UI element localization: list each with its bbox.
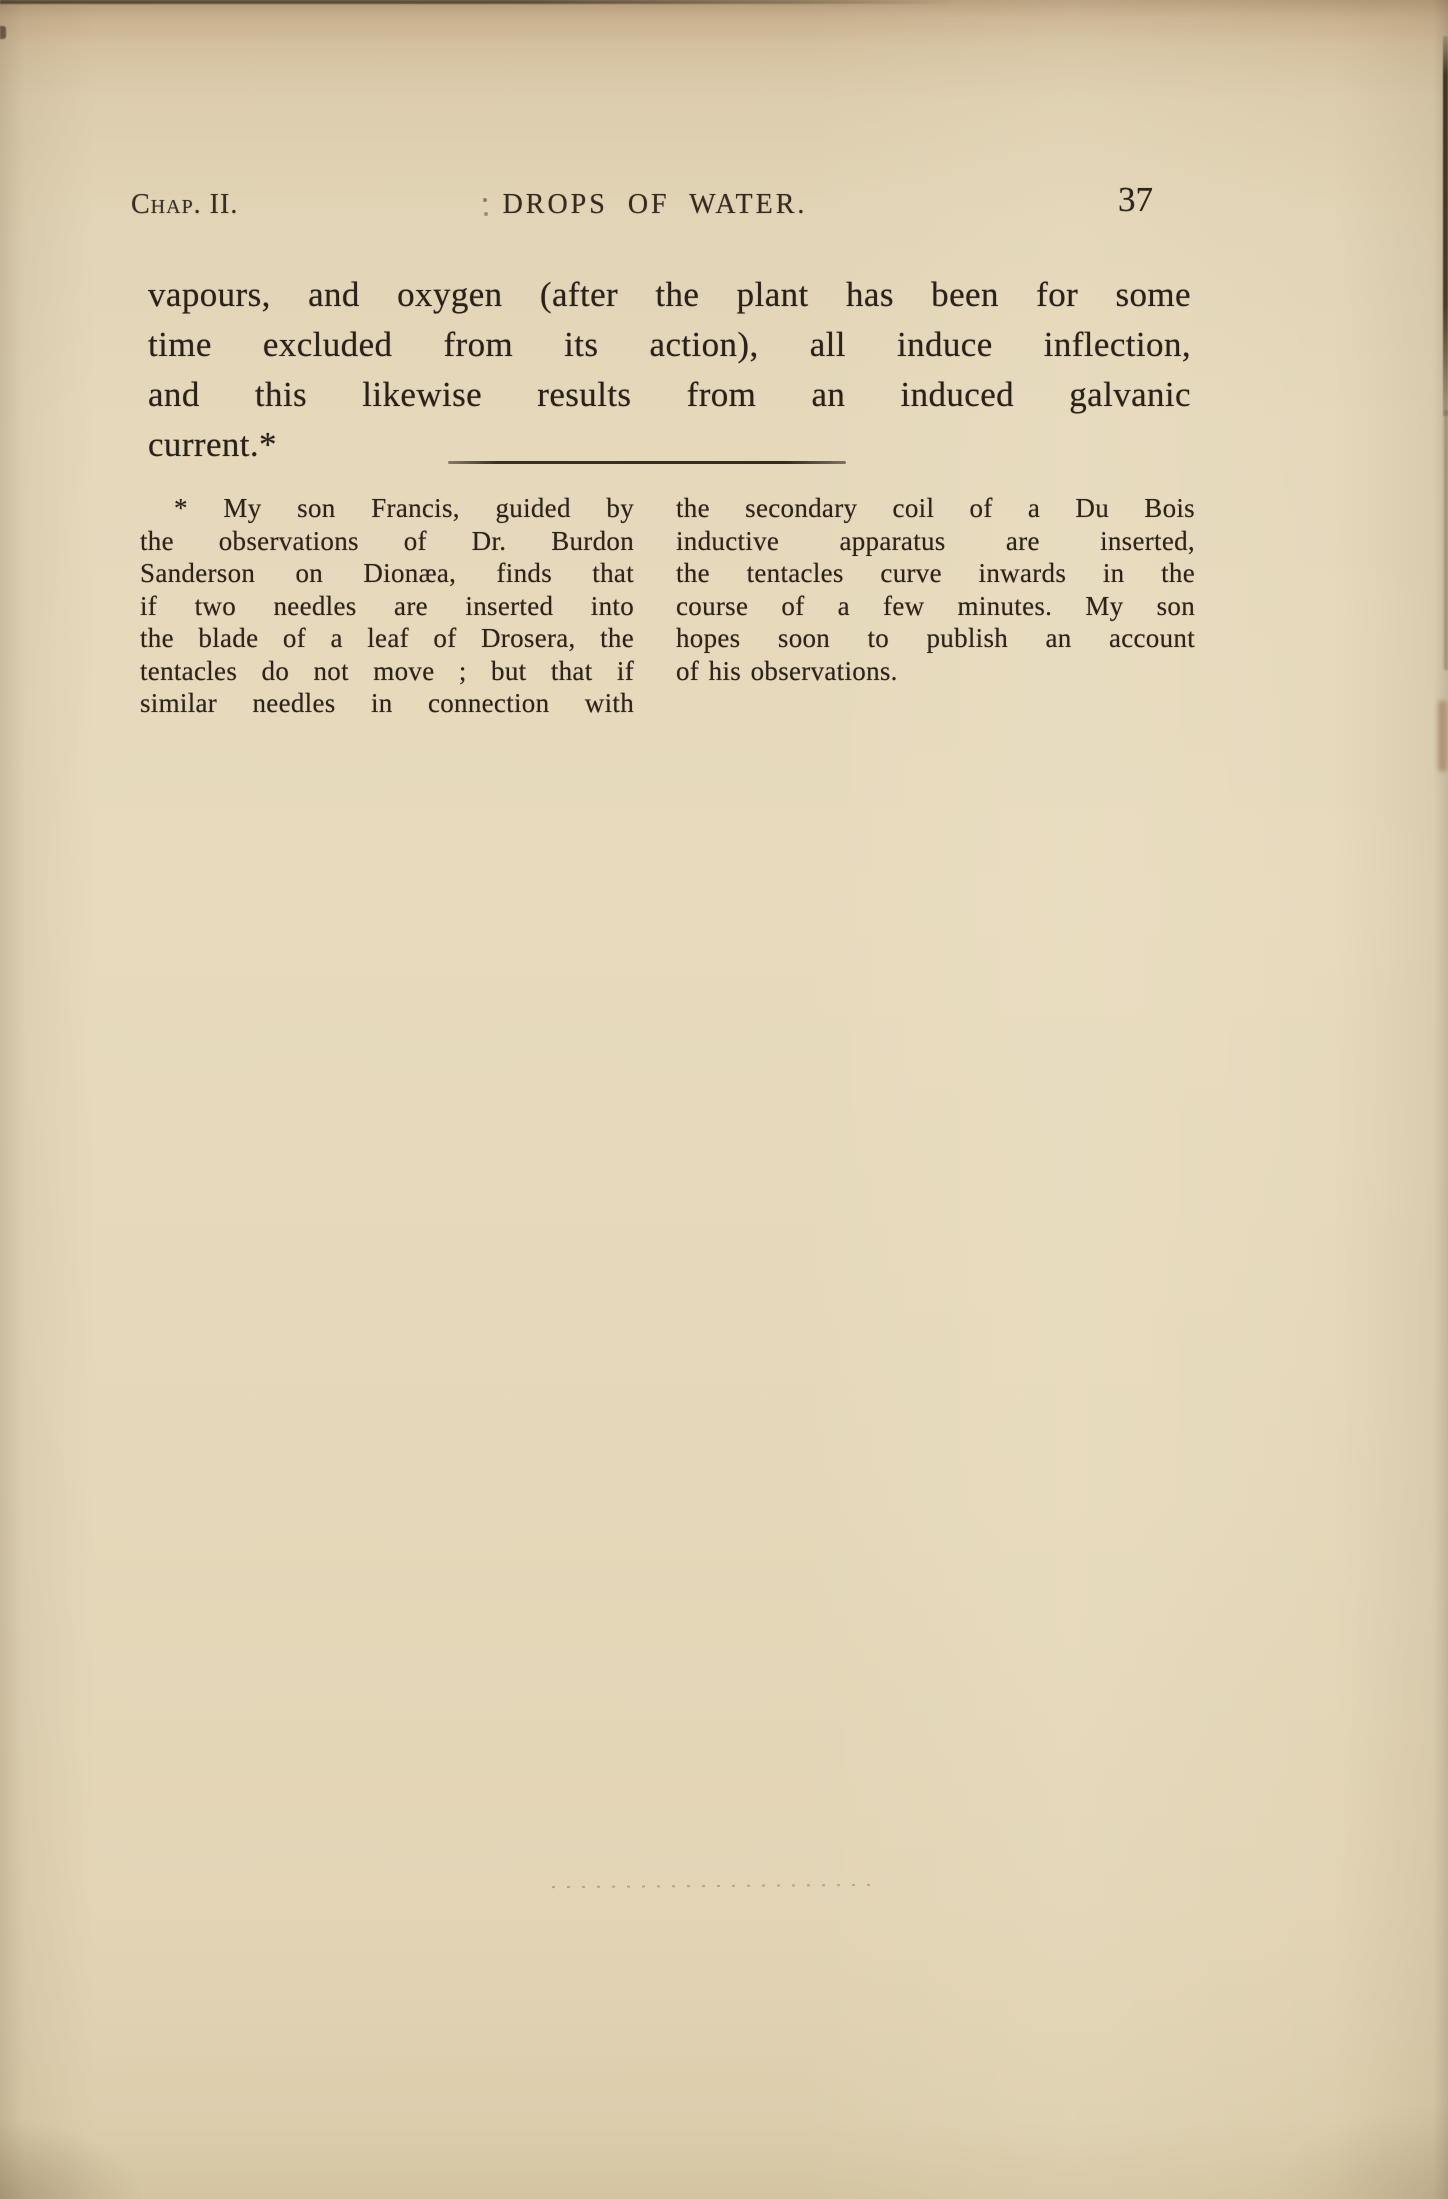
text-line: similar needles in connection with xyxy=(140,687,634,720)
page-number: 37 xyxy=(1118,180,1153,220)
text-line: inductive apparatus are inserted, xyxy=(676,525,1195,558)
running-title: DROPS OF WATER. xyxy=(0,189,1310,221)
footnote-left-column: * My son Francis, guided bythe observati… xyxy=(140,492,634,720)
text-line: and this likewise results from an induce… xyxy=(148,370,1191,420)
text-line: tentacles do not move ; but that if xyxy=(140,655,634,688)
footnote-right-column: the secondary coil of a Du Boisinductive… xyxy=(676,492,1195,687)
text-line: of his observations. xyxy=(676,655,1195,688)
text-line: the tentacles curve inwards in the xyxy=(676,557,1195,590)
text-line: hopes soon to publish an account xyxy=(676,622,1195,655)
text-line: * My son Francis, guided by xyxy=(140,492,634,525)
text-line: if two needles are inserted into xyxy=(140,590,634,623)
text-line: the observations of Dr. Burdon xyxy=(140,525,634,558)
text-line: the secondary coil of a Du Bois xyxy=(676,492,1195,525)
text-line: Sanderson on Dionæa, finds that xyxy=(140,557,634,590)
main-paragraph: vapours, and oxygen (after the plant has… xyxy=(148,270,1191,470)
text-line: course of a few minutes. My son xyxy=(676,590,1195,623)
page-content: Chap. II. DROPS OF WATER. 37 vapours, an… xyxy=(0,0,1448,2199)
book-page-scan: Chap. II. DROPS OF WATER. 37 vapours, an… xyxy=(0,0,1448,2199)
text-line: vapours, and oxygen (after the plant has… xyxy=(148,270,1191,320)
text-line: time excluded from its action), all indu… xyxy=(148,320,1191,370)
text-line: the blade of a leaf of Drosera, the xyxy=(140,622,634,655)
footnote-divider-rule xyxy=(448,461,846,464)
